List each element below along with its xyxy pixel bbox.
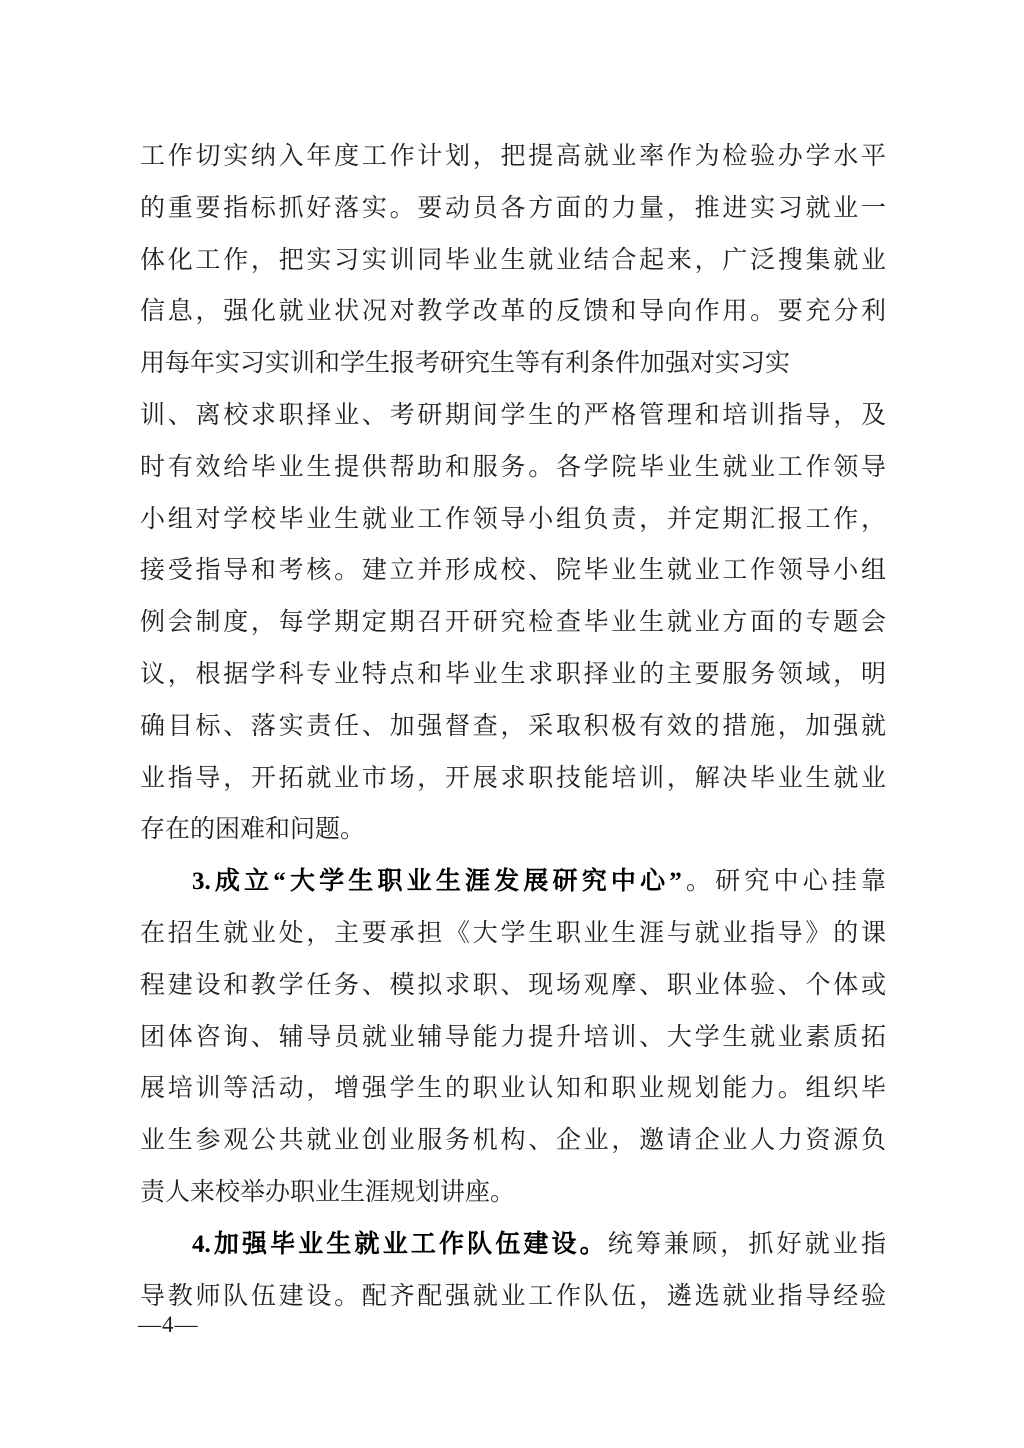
text-run: 存在的困难和问题。: [140, 816, 365, 843]
text-run: 的重要指标抓好落实。要动员各方面的力量，推进实习就业一: [140, 195, 886, 222]
text-run: 团体咨询、辅导员就业辅导能力提升培训、大学生就业素质拓: [140, 1024, 886, 1051]
text-run: 业生参观公共就业创业服务机构、企业，邀请企业人力资源负: [140, 1127, 886, 1154]
text-line: 体化工作，把实习实训同毕业生就业结合起来，广泛搜集就业: [140, 235, 886, 287]
text-run: 时有效给毕业生提供帮助和服务。各学院毕业生就业工作领导: [140, 454, 886, 481]
text-line: 工作切实纳入年度工作计划，把提高就业率作为检验办学水平: [140, 131, 886, 183]
text-run: 责人来校举办职业生涯规划讲座。: [140, 1179, 515, 1206]
page-number: —4—: [138, 1308, 199, 1342]
text-line: 小组对学校毕业生就业工作领导小组负责，并定期汇报工作，: [140, 494, 886, 546]
text-run: 接受指导和考核。建立并形成校、院毕业生就业工作领导小组: [140, 557, 886, 584]
text-run: 。研究中心挂靠: [682, 868, 886, 895]
text-line: 的重要指标抓好落实。要动员各方面的力量，推进实习就业一: [140, 183, 886, 235]
text-line: 确目标、落实责任、加强督查，采取积极有效的措施，加强就: [140, 701, 886, 753]
text-line: 例会制度，每学期定期召开研究检查毕业生就业方面的专题会: [140, 597, 886, 649]
text-run: 议，根据学科专业特点和毕业生求职择业的主要服务领域，明: [140, 661, 886, 688]
text-line: 议，根据学科专业特点和毕业生求职择业的主要服务领域，明: [140, 649, 886, 701]
text-run: 训、离校求职择业、考研期间学生的严格管理和培训指导，及: [140, 402, 886, 429]
text-run: 工作切实纳入年度工作计划，把提高就业率作为检验办学水平: [140, 143, 886, 170]
text-line: 业生参观公共就业创业服务机构、企业，邀请企业人力资源负: [140, 1115, 886, 1167]
text-run: 展培训等活动，增强学生的职业认知和职业规划能力。组织毕: [140, 1075, 886, 1102]
text-run: 业指导，开拓就业市场，开展求职技能培训，解决毕业生就业: [140, 765, 886, 792]
document-body: 工作切实纳入年度工作计划，把提高就业率作为检验办学水平的重要指标抓好落实。要动员…: [140, 131, 886, 1322]
text-line: 存在的困难和问题。: [140, 804, 886, 856]
text-line: 时有效给毕业生提供帮助和服务。各学院毕业生就业工作领导: [140, 442, 886, 494]
text-run: 信息，强化就业状况对教学改革的反馈和导向作用。要充分利: [140, 298, 886, 325]
text-run-bold: 3.成立“大学生职业生涯发展研究中心”: [192, 868, 682, 895]
text-run: 用每年实习实训和学生报考研究生等有利条件加强对实习实: [140, 350, 790, 377]
text-line: 在招生就业处，主要承担《大学生职业生涯与就业指导》的课: [140, 908, 886, 960]
text-line: 3.成立“大学生职业生涯发展研究中心”。研究中心挂靠: [140, 856, 886, 908]
text-line: 用每年实习实训和学生报考研究生等有利条件加强对实习实: [140, 338, 886, 390]
text-line: 展培训等活动，增强学生的职业认知和职业规划能力。组织毕: [140, 1063, 886, 1115]
text-line: 接受指导和考核。建立并形成校、院毕业生就业工作领导小组: [140, 545, 886, 597]
text-line: 责人来校举办职业生涯规划讲座。: [140, 1167, 886, 1219]
text-line: 程建设和教学任务、模拟求职、现场观摩、职业体验、个体或: [140, 960, 886, 1012]
text-run: 确目标、落实责任、加强督查，采取积极有效的措施，加强就: [140, 713, 886, 740]
text-run: 体化工作，把实习实训同毕业生就业结合起来，广泛搜集就业: [140, 247, 886, 274]
text-line: 导教师队伍建设。配齐配强就业工作队伍，遴选就业指导经验: [140, 1271, 886, 1323]
text-run: 程建设和教学任务、模拟求职、现场观摩、职业体验、个体或: [140, 972, 886, 999]
text-line: 业指导，开拓就业市场，开展求职技能培训，解决毕业生就业: [140, 753, 886, 805]
text-run: 在招生就业处，主要承担《大学生职业生涯与就业指导》的课: [140, 920, 886, 947]
text-run: 例会制度，每学期定期召开研究检查毕业生就业方面的专题会: [140, 609, 886, 636]
document-page: 工作切实纳入年度工作计划，把提高就业率作为检验办学水平的重要指标抓好落实。要动员…: [0, 0, 1024, 1448]
text-run: 导教师队伍建设。配齐配强就业工作队伍，遴选就业指导经验: [140, 1283, 886, 1310]
text-run: 小组对学校毕业生就业工作领导小组负责，并定期汇报工作，: [140, 506, 886, 533]
text-run-bold: 4.加强毕业生就业工作队伍建设。: [192, 1231, 608, 1258]
text-line: 团体咨询、辅导员就业辅导能力提升培训、大学生就业素质拓: [140, 1012, 886, 1064]
text-line: 信息，强化就业状况对教学改革的反馈和导向作用。要充分利: [140, 286, 886, 338]
text-line: 4.加强毕业生就业工作队伍建设。统筹兼顾，抓好就业指: [140, 1219, 886, 1271]
text-line: 训、离校求职择业、考研期间学生的严格管理和培训指导，及: [140, 390, 886, 442]
text-run: 统筹兼顾，抓好就业指: [608, 1231, 886, 1258]
